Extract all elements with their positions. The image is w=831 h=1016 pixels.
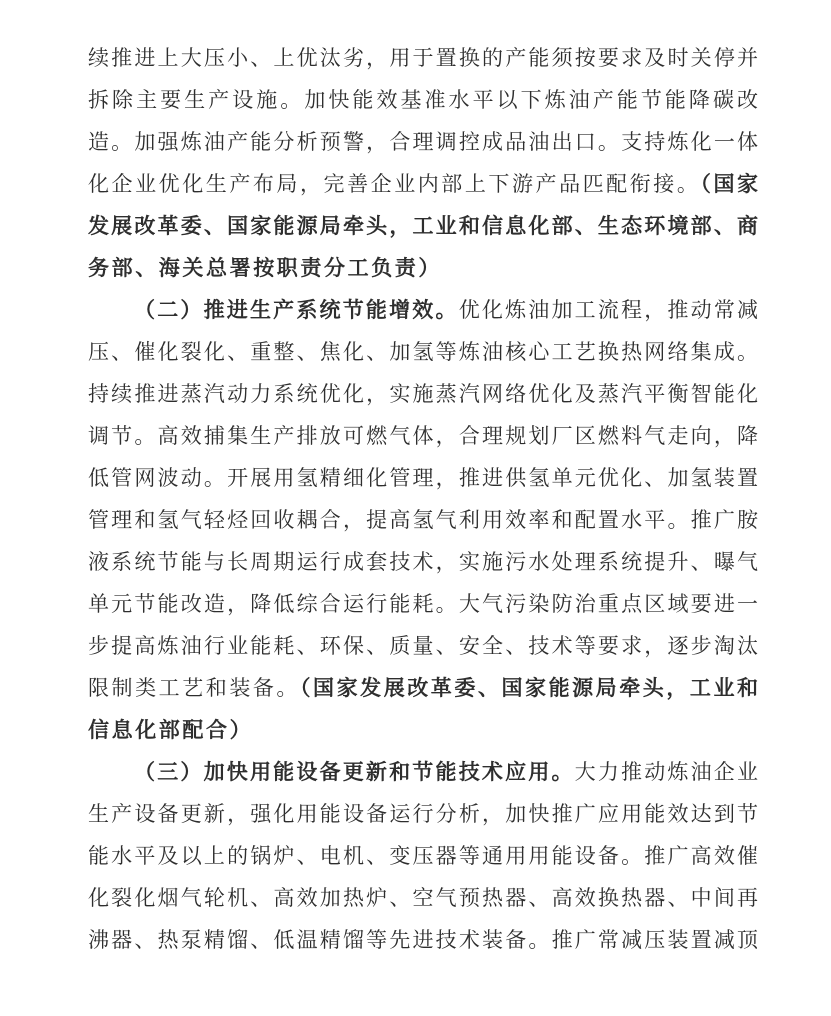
text-segment: 调节。高效捕集生产排放可燃气体，合理规划厂区燃料气走向，降: [88, 424, 760, 448]
text-line: 调节。高效捕集生产排放可燃气体，合理规划厂区燃料气走向，降: [88, 415, 760, 457]
text-line: 管理和氢气轻烃回收耦合，提高氢气利用效率和配置水平。推广胺: [88, 499, 760, 541]
text-line: 化企业优化生产布局，完善企业内部上下游产品匹配衔接。（国家: [88, 163, 760, 205]
document-page: 续推进上大压小、上优汰劣，用于置换的产能须按要求及时关停并拆除主要生产设施。加快…: [0, 0, 831, 1016]
text-segment: 大力推动炼油企业: [575, 760, 760, 784]
text-line: 拆除主要生产设施。加快能效基准水平以下炼油产能节能降碳改: [88, 79, 760, 121]
bold-text-segment: 发展改革委、国家能源局牵头，工业和信息化部、生态环境部、商: [88, 214, 760, 238]
bold-text-segment: 务部、海关总署按职责分工负责）: [88, 256, 442, 280]
text-line: 造。加强炼油产能分析预警，合理调控成品油出口。支持炼化一体: [88, 121, 760, 163]
text-line: （二）推进生产系统节能增效。优化炼油加工流程，推动常减: [88, 289, 760, 331]
text-line: 单元节能改造，降低综合运行能耗。大气污染防治重点区域要进一: [88, 583, 760, 625]
text-segment: 限制类工艺和装备。: [88, 676, 300, 700]
text-line: 化裂化烟气轮机、高效加热炉、空气预热器、高效换热器、中间再: [88, 877, 760, 919]
text-segment: 造。加强炼油产能分析预警，合理调控成品油出口。支持炼化一体: [88, 130, 760, 154]
text-line: 沸器、热泵精馏、低温精馏等先进技术装备。推广常减压装置减顶: [88, 919, 760, 961]
bold-text-segment: 信息化部配合）: [88, 718, 253, 742]
bold-text-segment: （国家发展改革委、国家能源局牵头，工业和: [300, 676, 760, 700]
text-line: 发展改革委、国家能源局牵头，工业和信息化部、生态环境部、商: [88, 205, 760, 247]
text-segment: 拆除主要生产设施。加快能效基准水平以下炼油产能节能降碳改: [88, 88, 760, 112]
text-segment: 能水平及以上的锅炉、电机、变压器等通用用能设备。推广高效催: [88, 844, 760, 868]
bold-text-segment: （三）加快用能设备更新和节能技术应用。: [134, 760, 575, 784]
text-line: 信息化部配合）: [88, 709, 760, 751]
text-line: 续推进上大压小、上优汰劣，用于置换的产能须按要求及时关停并: [88, 37, 760, 79]
bold-text-segment: （二）推进生产系统节能增效。: [134, 298, 459, 322]
text-line: （三）加快用能设备更新和节能技术应用。大力推动炼油企业: [88, 751, 760, 793]
text-line: 压、催化裂化、重整、焦化、加氢等炼油核心工艺换热网络集成。: [88, 331, 760, 373]
text-segment: 低管网波动。开展用氢精细化管理，推进供氢单元优化、加氢装置: [88, 466, 760, 490]
text-segment: 持续推进蒸汽动力系统优化，实施蒸汽网络优化及蒸汽平衡智能化: [88, 382, 760, 406]
document-text-block: 续推进上大压小、上优汰劣，用于置换的产能须按要求及时关停并拆除主要生产设施。加快…: [88, 37, 760, 961]
text-segment: 续推进上大压小、上优汰劣，用于置换的产能须按要求及时关停并: [88, 46, 760, 70]
text-segment: 化企业优化生产布局，完善企业内部上下游产品匹配衔接。: [88, 172, 700, 196]
text-segment: 液系统节能与长周期运行成套技术，实施污水处理系统提升、曝气: [88, 550, 760, 574]
text-line: 持续推进蒸汽动力系统优化，实施蒸汽网络优化及蒸汽平衡智能化: [88, 373, 760, 415]
text-segment: 沸器、热泵精馏、低温精馏等先进技术装备。推广常减压装置减顶: [88, 928, 760, 952]
text-segment: 生产设备更新，强化用能设备运行分析，加快推广应用能效达到节: [88, 802, 760, 826]
text-line: 能水平及以上的锅炉、电机、变压器等通用用能设备。推广高效催: [88, 835, 760, 877]
bold-text-segment: （国家: [700, 172, 760, 196]
text-segment: 化裂化烟气轮机、高效加热炉、空气预热器、高效换热器、中间再: [88, 886, 760, 910]
text-segment: 压、催化裂化、重整、焦化、加氢等炼油核心工艺换热网络集成。: [88, 340, 760, 364]
text-line: 务部、海关总署按职责分工负责）: [88, 247, 760, 289]
text-segment: 步提高炼油行业能耗、环保、质量、安全、技术等要求，逐步淘汰: [88, 634, 760, 658]
text-segment: 管理和氢气轻烃回收耦合，提高氢气利用效率和配置水平。推广胺: [88, 508, 760, 532]
text-segment: 优化炼油加工流程，推动常减: [459, 298, 760, 322]
text-line: 生产设备更新，强化用能设备运行分析，加快推广应用能效达到节: [88, 793, 760, 835]
text-line: 低管网波动。开展用氢精细化管理，推进供氢单元优化、加氢装置: [88, 457, 760, 499]
text-line: 液系统节能与长周期运行成套技术，实施污水处理系统提升、曝气: [88, 541, 760, 583]
text-line: 限制类工艺和装备。（国家发展改革委、国家能源局牵头，工业和: [88, 667, 760, 709]
text-line: 步提高炼油行业能耗、环保、质量、安全、技术等要求，逐步淘汰: [88, 625, 760, 667]
text-segment: 单元节能改造，降低综合运行能耗。大气污染防治重点区域要进一: [88, 592, 760, 616]
